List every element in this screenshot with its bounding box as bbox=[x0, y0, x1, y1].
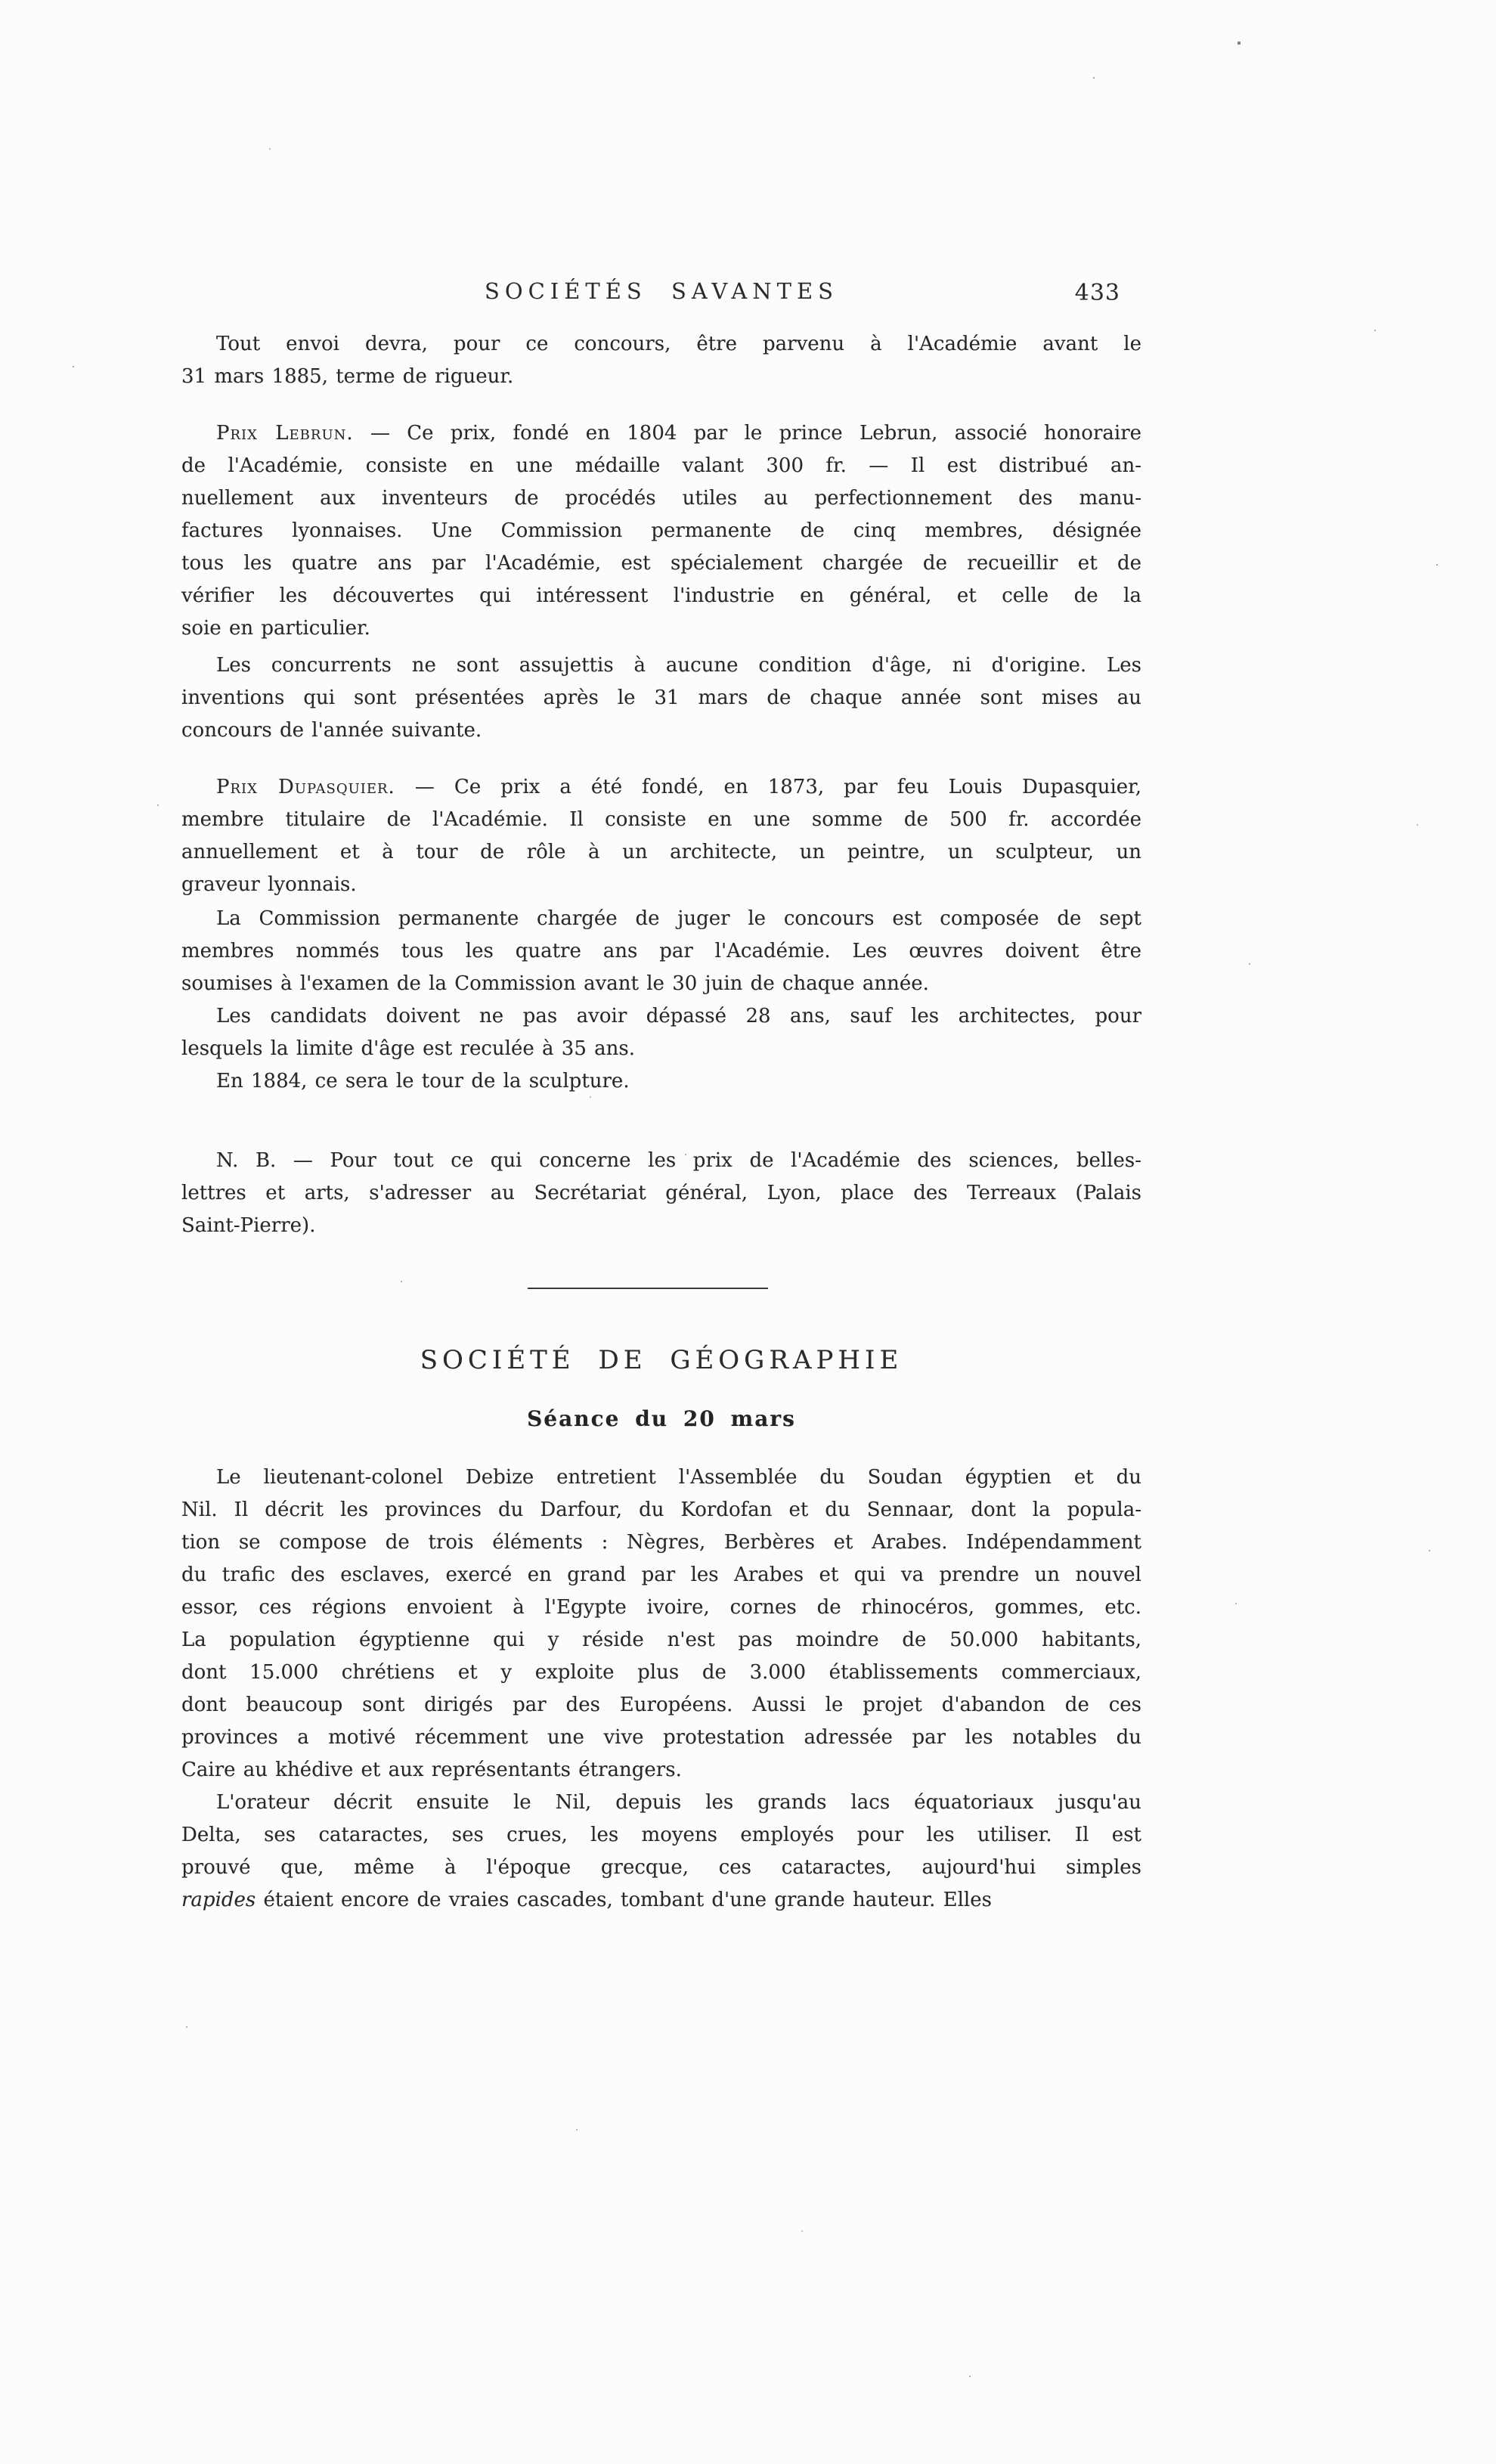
section-subtitle-seance: Séance du 20 mars bbox=[181, 1404, 1141, 1434]
text-line: lettres et arts, s'adresser au Secrétari… bbox=[181, 1177, 1141, 1210]
text-line: dont beaucoup sont dirigés par des Europ… bbox=[181, 1689, 1141, 1722]
scanned-book-page: SOCIÉTÉS SAVANTES 433 Tout envoi devra, … bbox=[0, 0, 1496, 2464]
text-line: tous les quatre ans par l'Académie, est … bbox=[181, 547, 1141, 580]
scan-noise-speckles bbox=[0, 0, 2, 2]
paragraph: En 1884, ce sera le tour de la sculpture… bbox=[181, 1065, 1141, 1098]
text-line: soie en particulier. bbox=[181, 612, 1141, 645]
text-line: La Commission permanente chargée de juge… bbox=[181, 903, 1141, 935]
text-line: rapides étaient encore de vraies cascade… bbox=[181, 1884, 1141, 1917]
small-caps-lead: Prix Lebrun. bbox=[216, 422, 354, 445]
text-line: provinces a motivé récemment une vive pr… bbox=[181, 1722, 1141, 1754]
text-column: Tout envoi devra, pour ce concours, être… bbox=[181, 328, 1141, 1917]
text-line: Les concurrents ne sont assujettis à auc… bbox=[181, 649, 1141, 682]
italic-word: rapides bbox=[181, 1889, 256, 1911]
text-line: de l'Académie, consiste en une médaille … bbox=[181, 450, 1141, 482]
text-line: Caire au khédive et aux représentants ét… bbox=[181, 1754, 1141, 1787]
paragraph: Prix Lebrun. — Ce prix, fondé en 1804 pa… bbox=[181, 417, 1141, 645]
paragraph: Prix Dupasquier. — Ce prix a été fondé, … bbox=[181, 771, 1141, 901]
paragraph: Le lieutenant-colonel Debize entretient … bbox=[181, 1461, 1141, 1787]
text-line: essor, ces régions envoient à l'Egypte i… bbox=[181, 1592, 1141, 1624]
text-line: Nil. Il décrit les provinces du Darfour,… bbox=[181, 1494, 1141, 1526]
running-head-title: SOCIÉTÉS SAVANTES bbox=[181, 278, 1141, 304]
text-line: Le lieutenant-colonel Debize entretient … bbox=[181, 1461, 1141, 1494]
section-societe-geographie-body: Le lieutenant-colonel Debize entretient … bbox=[181, 1461, 1141, 1917]
paragraph: La Commission permanente chargée de juge… bbox=[181, 903, 1141, 1000]
text-line: concours de l'année suivante. bbox=[181, 714, 1141, 747]
text-line: Delta, ses cataractes, ses crues, les mo… bbox=[181, 1819, 1141, 1852]
text-line: vérifier les découvertes qui intéressent… bbox=[181, 580, 1141, 612]
text-line: Saint-Pierre). bbox=[181, 1210, 1141, 1242]
text-segment: étaient encore de vraies cascades, tomba… bbox=[256, 1889, 992, 1911]
text-line: graveur lyonnais. bbox=[181, 869, 1141, 901]
text-segment: — Ce prix, fondé en 1804 par le prince L… bbox=[354, 422, 1141, 445]
section-divider bbox=[528, 1288, 768, 1289]
text-line: prouvé que, même à l'époque grecque, ces… bbox=[181, 1852, 1141, 1884]
text-line: N. B. — Pour tout ce qui concerne les pr… bbox=[181, 1145, 1141, 1177]
text-line: membres nommés tous les quatre ans par l… bbox=[181, 935, 1141, 968]
text-line: Prix Dupasquier. — Ce prix a été fondé, … bbox=[181, 771, 1141, 804]
text-line: dont 15.000 chrétiens et y exploite plus… bbox=[181, 1657, 1141, 1689]
paragraph: L'orateur décrit ensuite le Nil, depuis … bbox=[181, 1787, 1141, 1917]
text-line: tion se compose de trois éléments : Nègr… bbox=[181, 1526, 1141, 1559]
section-title-societe-de-geographie: SOCIÉTÉ DE GÉOGRAPHIE bbox=[181, 1342, 1141, 1378]
section-societes-savantes: Tout envoi devra, pour ce concours, être… bbox=[181, 328, 1141, 1242]
text-line: En 1884, ce sera le tour de la sculpture… bbox=[181, 1065, 1141, 1098]
text-line: inventions qui sont présentées après le … bbox=[181, 682, 1141, 714]
text-line: Tout envoi devra, pour ce concours, être… bbox=[181, 328, 1141, 361]
text-line: membre titulaire de l'Académie. Il consi… bbox=[181, 804, 1141, 836]
text-line: 31 mars 1885, terme de rigueur. bbox=[181, 361, 1141, 393]
text-line: Les candidats doivent ne pas avoir dépas… bbox=[181, 1000, 1141, 1033]
text-line: du trafic des esclaves, exercé en grand … bbox=[181, 1559, 1141, 1592]
paragraph: Tout envoi devra, pour ce concours, être… bbox=[181, 328, 1141, 393]
running-head: SOCIÉTÉS SAVANTES 433 bbox=[181, 278, 1141, 311]
text-line: L'orateur décrit ensuite le Nil, depuis … bbox=[181, 1787, 1141, 1819]
text-line: La population égyptienne qui y réside n'… bbox=[181, 1624, 1141, 1657]
text-line: factures lyonnaises. Une Commission perm… bbox=[181, 515, 1141, 547]
text-segment: — Ce prix a été fondé, en 1873, par feu … bbox=[395, 776, 1141, 798]
small-caps-lead: Prix Dupasquier. bbox=[216, 776, 395, 798]
paragraph: Les candidats doivent ne pas avoir dépas… bbox=[181, 1000, 1141, 1065]
text-line: annuellement et à tour de rôle à un arch… bbox=[181, 836, 1141, 869]
text-line: nuellement aux inventeurs de procédés ut… bbox=[181, 482, 1141, 515]
paragraph: Les concurrents ne sont assujettis à auc… bbox=[181, 649, 1141, 747]
paragraph: N. B. — Pour tout ce qui concerne les pr… bbox=[181, 1145, 1141, 1242]
text-line: Prix Lebrun. — Ce prix, fondé en 1804 pa… bbox=[181, 417, 1141, 450]
page-number: 433 bbox=[1075, 280, 1120, 306]
text-line: lesquels la limite d'âge est reculée à 3… bbox=[181, 1033, 1141, 1065]
text-line: soumises à l'examen de la Commission ava… bbox=[181, 968, 1141, 1000]
